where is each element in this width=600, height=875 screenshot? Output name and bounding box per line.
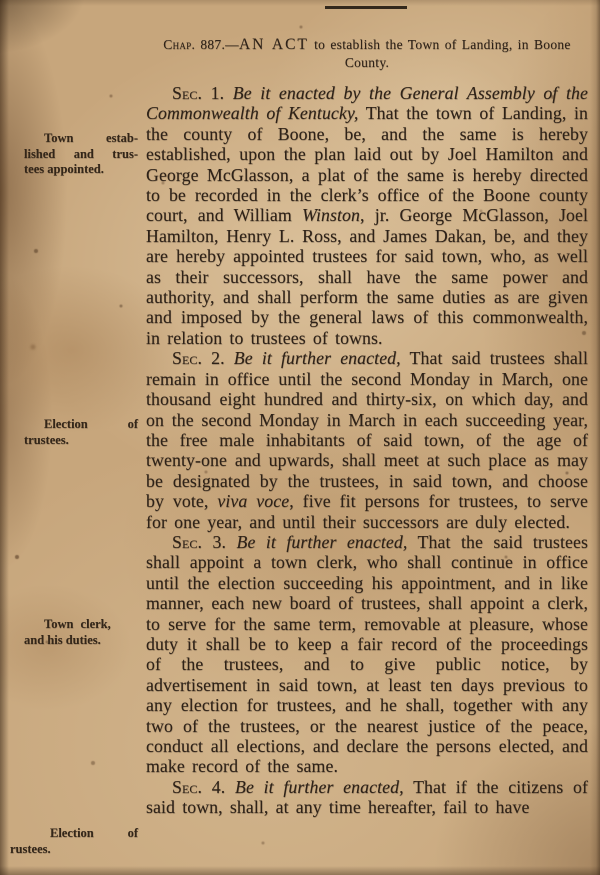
margin-note-line: Town estab- (24, 131, 138, 147)
margin-note-line: Election of (24, 826, 138, 842)
section-3-paragraph: Sec. 3. Be it further enacted, That the … (146, 532, 588, 777)
section-1-paragraph: Sec. 1. Be it enacted by the General Ass… (146, 83, 588, 348)
chapter-number: Chap. 887. (163, 37, 225, 52)
section-1-italic-name: Winston (302, 205, 360, 225)
heading-separator: — (225, 37, 239, 52)
margin-note-line: tees appointed. (24, 162, 138, 178)
margin-note-line: Town clerk, (24, 617, 138, 633)
margin-note-line: lished and trus- (24, 147, 138, 163)
section-2-italic-phrase: viva voce (217, 491, 289, 511)
section-2-paragraph: Sec. 2. Be it further enacted, That said… (146, 348, 588, 532)
margin-note-election-of-trustees: Election of trustees. (24, 417, 138, 448)
margin-note-town-clerk: Town clerk, and his duties. (24, 617, 138, 648)
section-3-body: That the said trustees shall appoint a t… (146, 532, 588, 776)
margin-note-line: rustees. (10, 842, 138, 858)
margin-note-line: trustees. (24, 433, 138, 449)
margin-note-line: Election of (24, 417, 138, 433)
section-1-label: Sec. 1. (172, 83, 224, 103)
act-heading: Chap. 887.—AN ACT to establish the Town … (146, 36, 588, 71)
act-text-column: Sec. 1. Be it enacted by the General Ass… (146, 83, 588, 818)
section-4-enacting-clause: Be it further enacted, (235, 777, 404, 797)
section-3-label: Sec. 3. (172, 532, 226, 552)
section-divider-rule (325, 6, 407, 9)
act-word: AN ACT (239, 36, 309, 53)
act-subject: to establish the Town of Landing, in Boo… (314, 37, 571, 70)
margin-note-election-of-trustees-2: Election of rustees. (24, 826, 138, 857)
section-3-enacting-clause: Be it further enacted, (236, 532, 407, 552)
paper-specks (0, 0, 2, 2)
book-page: Chap. 887.—AN ACT to establish the Town … (0, 0, 600, 875)
section-4-label: Sec. 4. (172, 777, 225, 797)
section-4-paragraph: Sec. 4. Be it further enacted, That if t… (146, 777, 588, 818)
margin-note-line: and his duties. (24, 633, 138, 649)
section-1-body-continued: , jr. George McGlasson, Joel Hamilton, H… (146, 205, 588, 347)
section-2-enacting-clause: Be it further enacted, (234, 348, 401, 368)
section-2-body: That said trustees shall remain in offic… (146, 348, 588, 511)
margin-note-town-established: Town estab- lished and trus- tees appoin… (24, 131, 138, 178)
section-2-label: Sec. 2. (172, 348, 225, 368)
